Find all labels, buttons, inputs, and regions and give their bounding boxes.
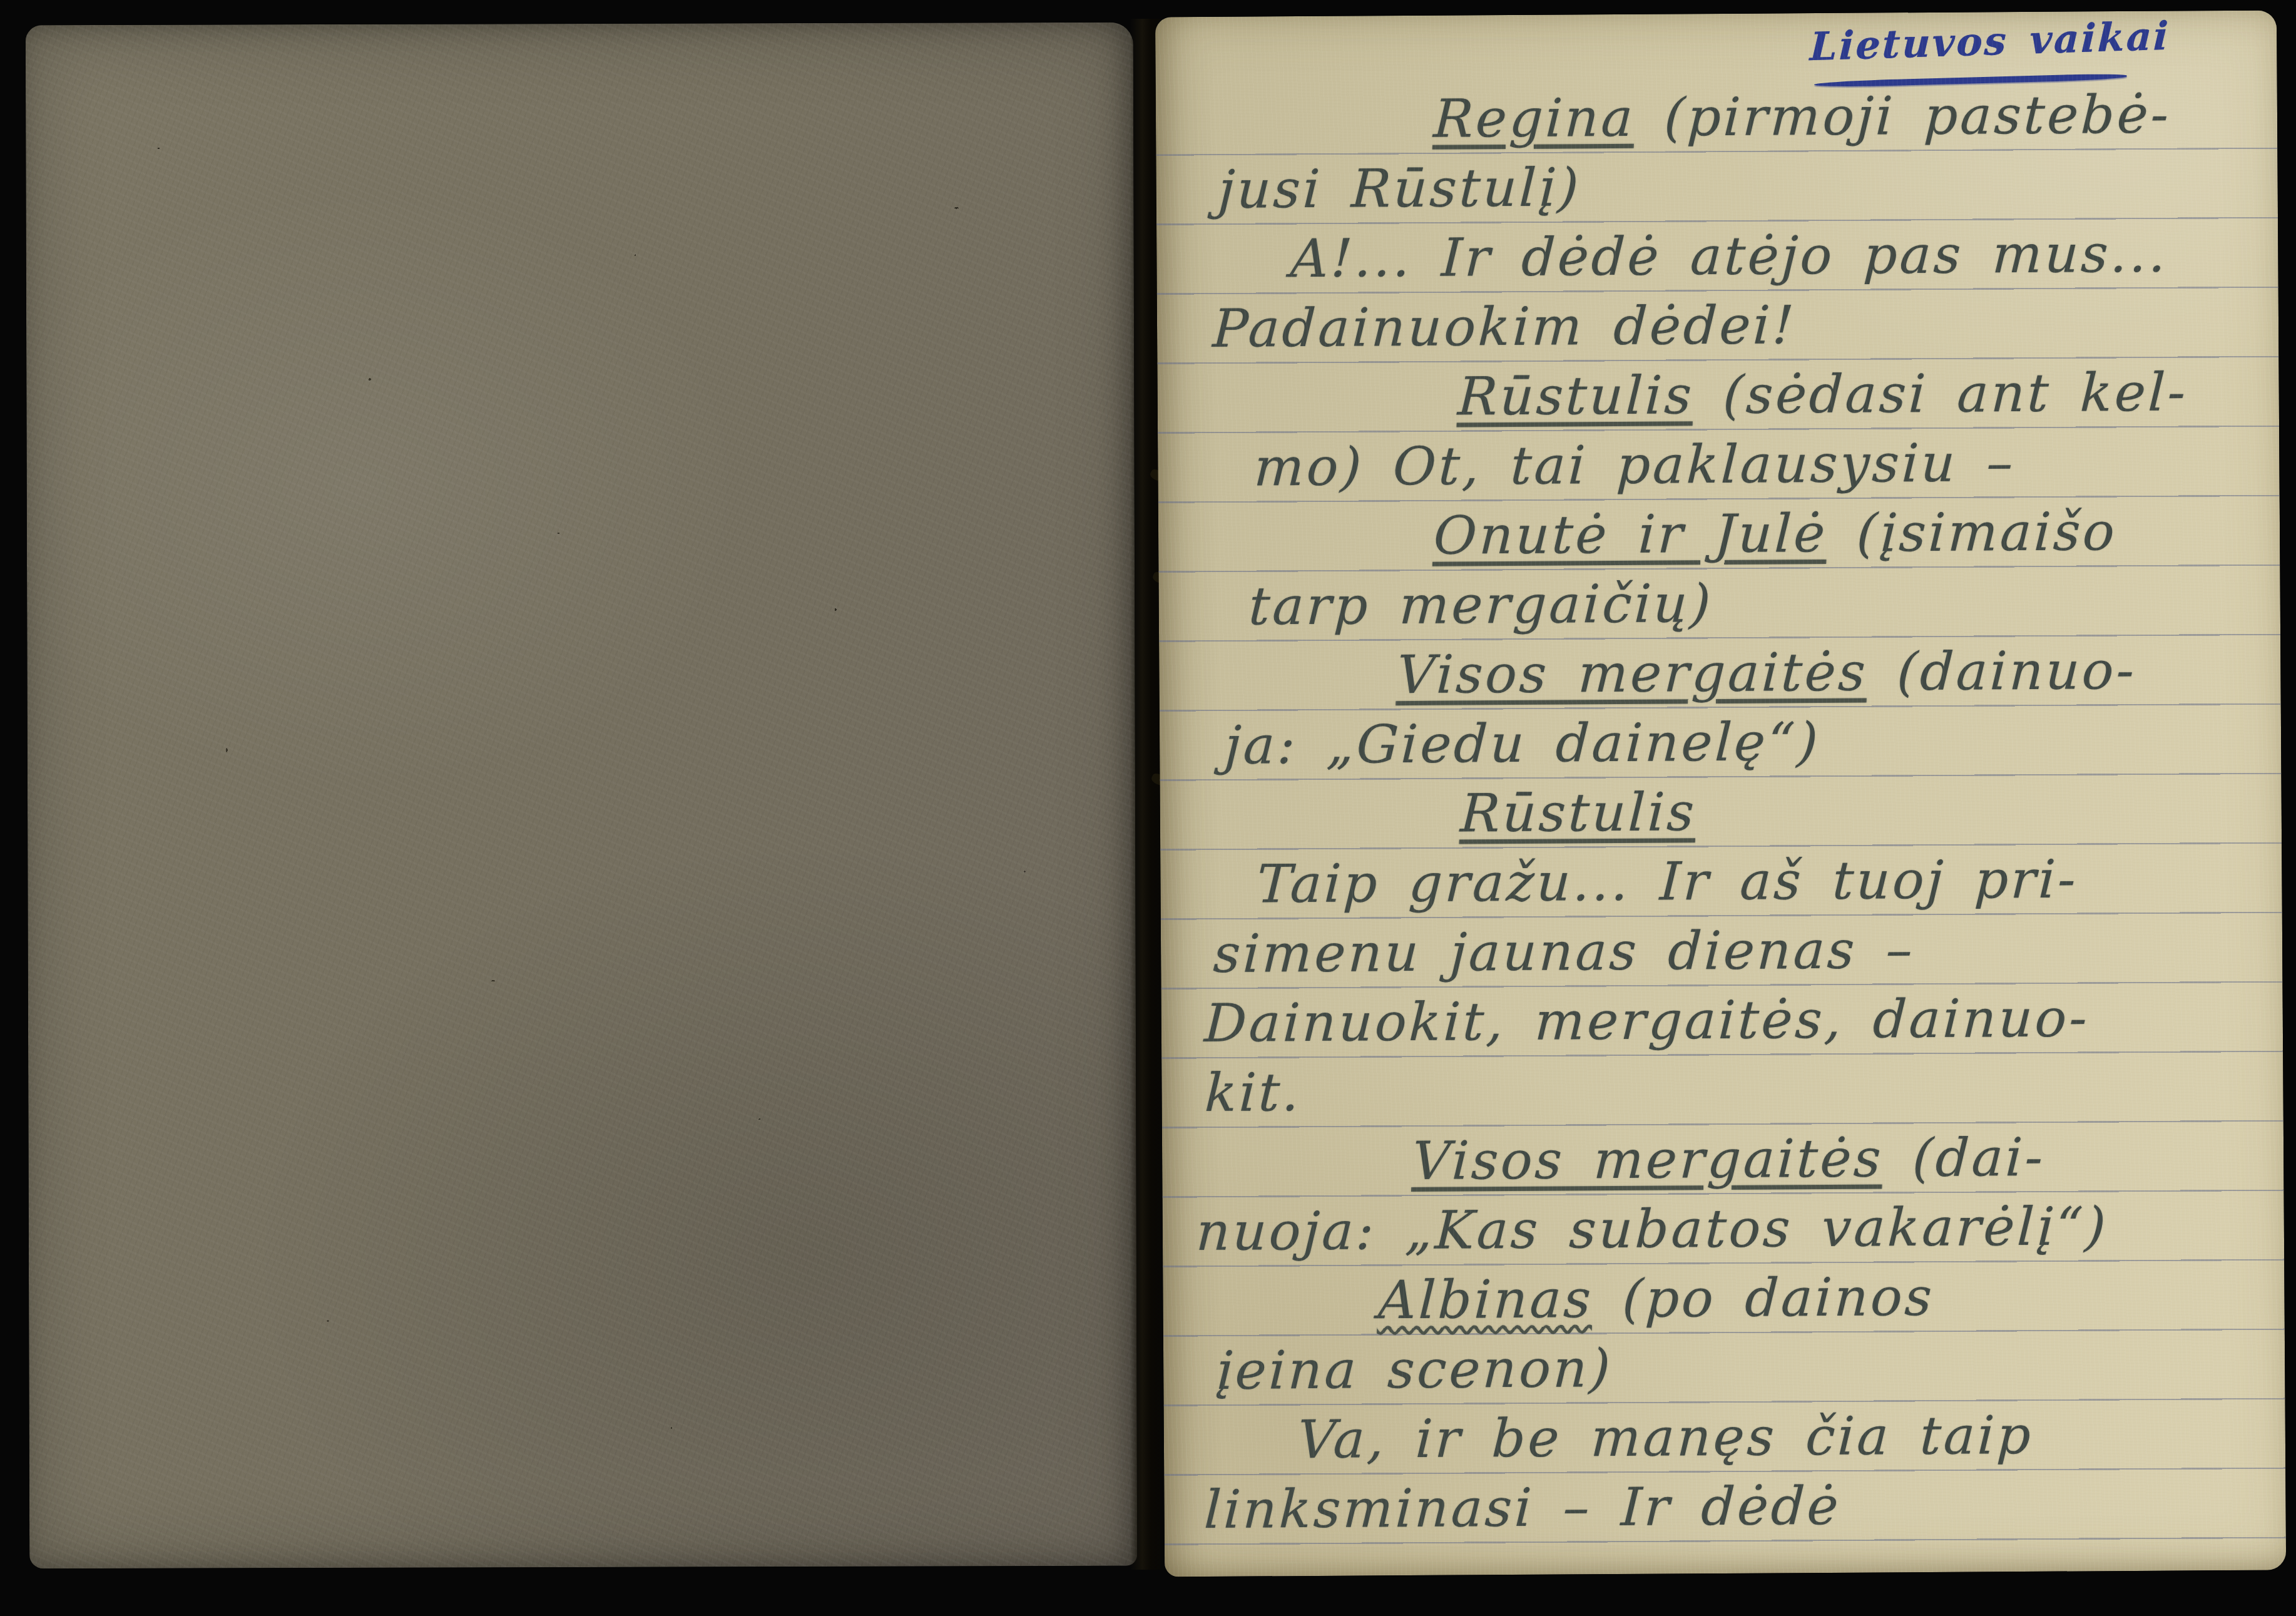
handwriting-text: (pirmoji pastebė- — [1634, 84, 2173, 148]
speaker-name-underlined: Rūstulis — [1456, 364, 1695, 427]
handwriting-line: Rūstulis — [1190, 774, 2267, 851]
speaker-name-underlined: Albinas — [1377, 1268, 1594, 1331]
handwriting-line: kit. — [1191, 1052, 2268, 1128]
handwriting-text: nuoja: „Kas subatos vakarėlį“) — [1195, 1195, 2110, 1262]
notebook-page: Lietuvos vaikai Regina (pirmoji pastebė-… — [1155, 11, 2286, 1577]
handwriting-text: (dainuo- — [1867, 640, 2138, 703]
handwriting-text: Taip gražu... Ir aš tuoj pri- — [1255, 848, 2079, 914]
handwriting-text: ja: „Giedu dainelę“) — [1223, 711, 1822, 776]
handwriting-line: mo) Ot, tai paklausysiu – — [1188, 427, 2265, 503]
handwriting-line: jusi Rūstulį) — [1186, 149, 2263, 225]
handwriting-text: (įsimaišo — [1826, 501, 2118, 564]
handwriting-line: nuoja: „Kas subatos vakarėlį“) — [1192, 1191, 2269, 1267]
handwriting-line: Rūstulis (sėdasi ant kel- — [1187, 357, 2264, 434]
blue-ink-annotation: Lietuvos vaikai — [1809, 13, 2171, 69]
handwriting-text: linksminasi – Ir dėdė — [1203, 1475, 1842, 1540]
handwriting-line: Va, ir be manęs čia taip — [1193, 1399, 2270, 1476]
handwriting-text: A!... Ir dėdė atėjo pas mus... — [1289, 223, 2170, 290]
handwriting-line: Visos mergaitės (dainuo- — [1189, 635, 2266, 712]
handwriting-text: mo) Ot, tai paklausysiu – — [1253, 432, 2017, 498]
speaker-name-underlined: Onutė ir Julė — [1432, 503, 1829, 566]
handwriting-line: linksminasi – Ir dėdė — [1194, 1469, 2271, 1545]
handwriting-text: Va, ir be manęs čia taip — [1297, 1404, 2034, 1470]
handwriting-text: (sėdasi ant kel- — [1693, 361, 2190, 426]
handwriting-text: Padainuokim dėdei! — [1212, 294, 1798, 359]
handwriting-text: jusi Rūstulį) — [1217, 156, 1582, 220]
speaker-name-underlined: Regina — [1432, 87, 1636, 150]
handwriting-text: (dai- — [1882, 1127, 2046, 1189]
handwriting-line: A!... Ir dėdė atėjo pas mus... — [1186, 218, 2263, 295]
notebook-inside-cover — [26, 23, 1137, 1569]
speaker-name-underlined: Rūstulis — [1459, 781, 1698, 844]
handwriting-line: tarp mergaičių) — [1188, 566, 2265, 642]
handwriting-line: ja: „Giedu dainelę“) — [1190, 705, 2267, 781]
handwriting-text: (po dainos — [1592, 1266, 1936, 1329]
handwriting-line: Visos mergaitės (dai- — [1192, 1122, 2269, 1198]
notebook-scan: Lietuvos vaikai Regina (pirmoji pastebė-… — [0, 0, 2296, 1616]
handwriting-text: kit. — [1203, 1061, 1303, 1123]
handwriting-block: Regina (pirmoji pastebė-jusi Rūstulį)A!.… — [1187, 79, 2270, 1545]
handwriting-text: tarp mergaičių) — [1248, 573, 1715, 637]
handwriting-line: Padainuokim dėdei! — [1186, 288, 2263, 364]
speaker-name-underlined: Visos mergaitės — [1411, 1127, 1885, 1192]
handwriting-line: Dainuokit, mergaitės, dainuo- — [1191, 983, 2268, 1059]
handwriting-line: Albinas (po dainos — [1193, 1261, 2270, 1337]
handwriting-text: Dainuokit, mergaitės, dainuo- — [1203, 987, 2091, 1054]
handwriting-line: Onutė ir Julė (įsimaišo — [1188, 496, 2265, 573]
handwriting-text: simenu jaunas dienas – — [1212, 919, 1916, 984]
handwriting-line: Regina (pirmoji pastebė- — [1185, 79, 2262, 156]
handwriting-line: įeina scenon) — [1193, 1330, 2270, 1406]
handwriting-text: įeina scenon) — [1215, 1337, 1614, 1401]
speaker-name-underlined: Visos mergaitės — [1395, 642, 1869, 706]
handwriting-line: simenu jaunas dienas – — [1191, 913, 2268, 990]
notebook-spine-gap — [1130, 19, 1160, 1570]
handwriting-line: Taip gražu... Ir aš tuoj pri- — [1190, 844, 2267, 920]
